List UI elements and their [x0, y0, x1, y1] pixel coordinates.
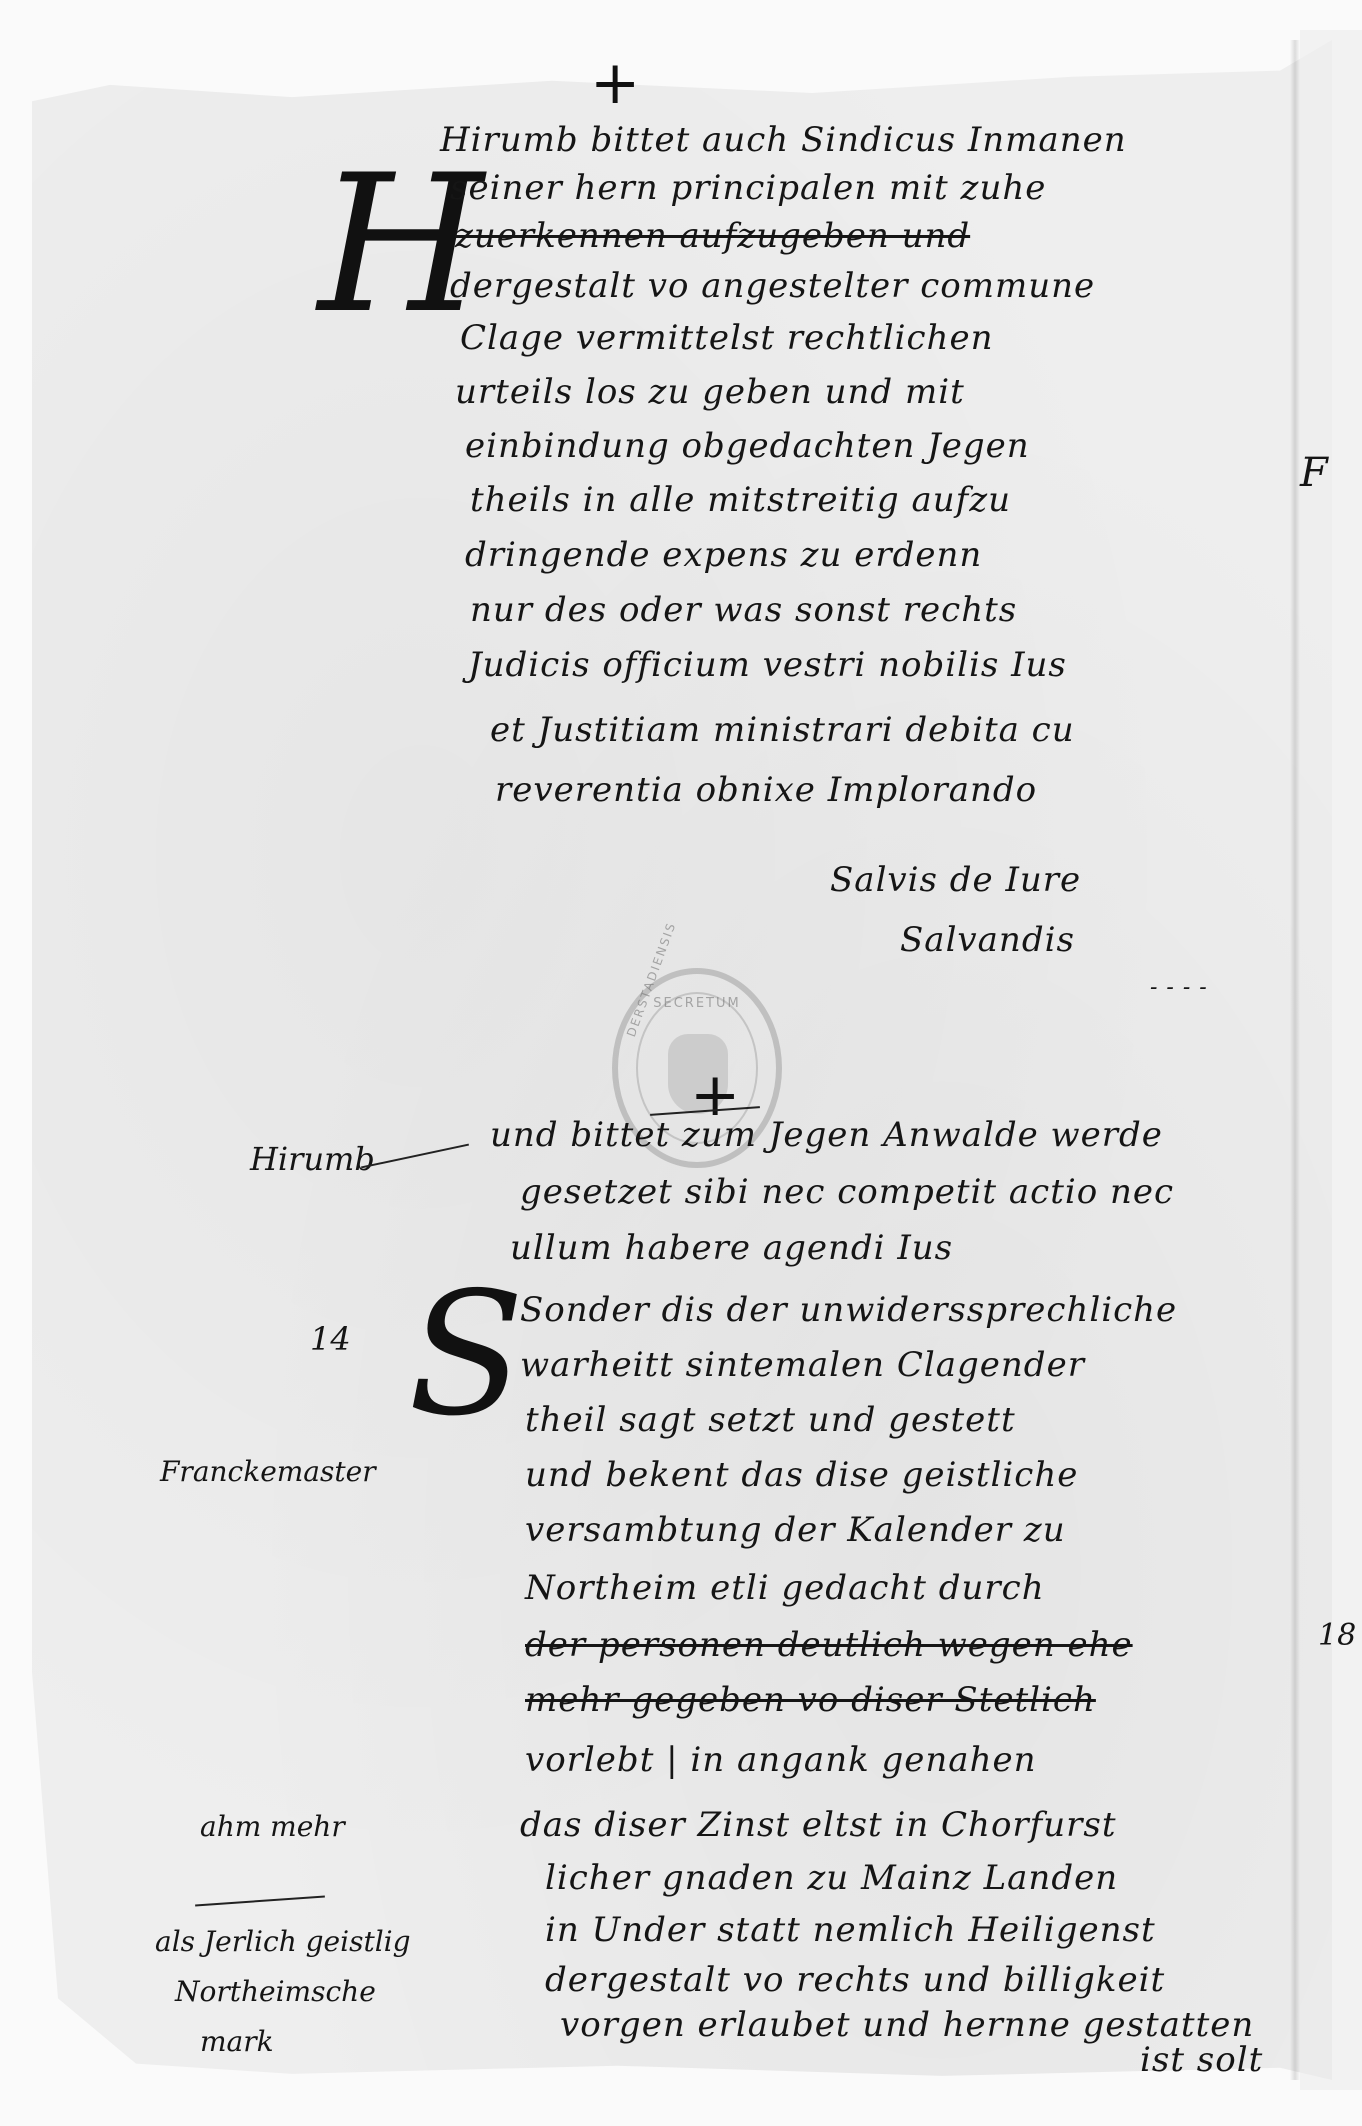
- closing-line: Salvis de Iure: [830, 860, 1081, 900]
- text-line: Sonder dis der unwiderssprechliche: [520, 1290, 1177, 1330]
- margin-note: als Jerlich geistlig: [155, 1925, 411, 1958]
- text-line: Clage vermittelst rechtlichen: [460, 318, 993, 358]
- margin-note: ahm mehr: [200, 1810, 345, 1843]
- text-line: Hirumb bittet auch Sindicus Inmanen: [440, 120, 1127, 160]
- text-line: theil sagt setzt und gestett: [525, 1400, 1016, 1440]
- text-line: Northeim etli gedacht durch: [525, 1568, 1045, 1608]
- margin-note: mark: [200, 2025, 274, 2058]
- text-line: und bittet zum Jegen Anwalde werde: [490, 1115, 1163, 1155]
- text-line: und bekent das dise geistliche: [525, 1455, 1078, 1495]
- text-line: vorgen erlaubet und hernne gestatten: [560, 2005, 1254, 2045]
- text-line: einbindung obgedachten Jegen: [465, 426, 1030, 466]
- text-line: seiner hern principalen mit zuhe: [450, 168, 1046, 208]
- decorative-initial-s: S: [408, 1270, 524, 1440]
- text-line: urteils los zu geben und mit: [455, 372, 965, 412]
- text-line: nur des oder was sonst rechts: [470, 590, 1017, 630]
- text-line: das diser Zinst eltst in Chorfurst: [520, 1805, 1117, 1845]
- text-line: in Under statt nemlich Heiligenst: [545, 1910, 1156, 1950]
- right-margin-number: 18: [1318, 1618, 1356, 1653]
- text-line: versambtung der Kalender zu: [525, 1510, 1066, 1550]
- text-line: gesetzet sibi nec competit actio nec: [520, 1172, 1174, 1212]
- section-number: 14: [310, 1320, 351, 1358]
- text-line: ist solt: [1140, 2040, 1263, 2080]
- text-line-struck: mehr gegeben vo diser Stetlich: [525, 1680, 1096, 1720]
- margin-note: Northeimsche: [175, 1975, 376, 2008]
- text-line: warheitt sintemalen Clagender: [520, 1345, 1085, 1385]
- text-line: vorlebt | in angank genahen: [525, 1740, 1036, 1780]
- text-line: dergestalt vo rechts und billigkeit: [545, 1960, 1165, 2000]
- text-line: licher gnaden zu Mainz Landen: [545, 1858, 1118, 1898]
- text-line: et Justitiam ministrari debita cu: [490, 710, 1075, 750]
- right-edge-mark: F: [1300, 450, 1328, 496]
- cross-mark-top: +: [590, 48, 640, 118]
- text-line: ullum habere agendi Ius: [510, 1228, 953, 1268]
- text-line: Judicis officium vestri nobilis Ius: [468, 645, 1067, 685]
- text-line: dringende expens zu erdenn: [465, 535, 982, 575]
- text-line-struck: der personen deutlich wegen ehe: [525, 1625, 1133, 1665]
- ellipsis-mark: - - - -: [1150, 975, 1208, 1000]
- margin-note-hirumb: Hirumb: [250, 1140, 375, 1178]
- text-line-struck: zuerkennen aufzugeben und: [455, 216, 970, 256]
- text-line: dergestalt vo angestelter commune: [450, 266, 1095, 306]
- text-line: reverentia obnixe Implorando: [495, 770, 1037, 810]
- text-line: theils in alle mitstreitig aufzu: [470, 480, 1011, 520]
- margin-note-name: Franckemaster: [160, 1455, 376, 1488]
- page-fold-shadow: [1290, 40, 1300, 2080]
- closing-line: Salvandis: [900, 920, 1075, 960]
